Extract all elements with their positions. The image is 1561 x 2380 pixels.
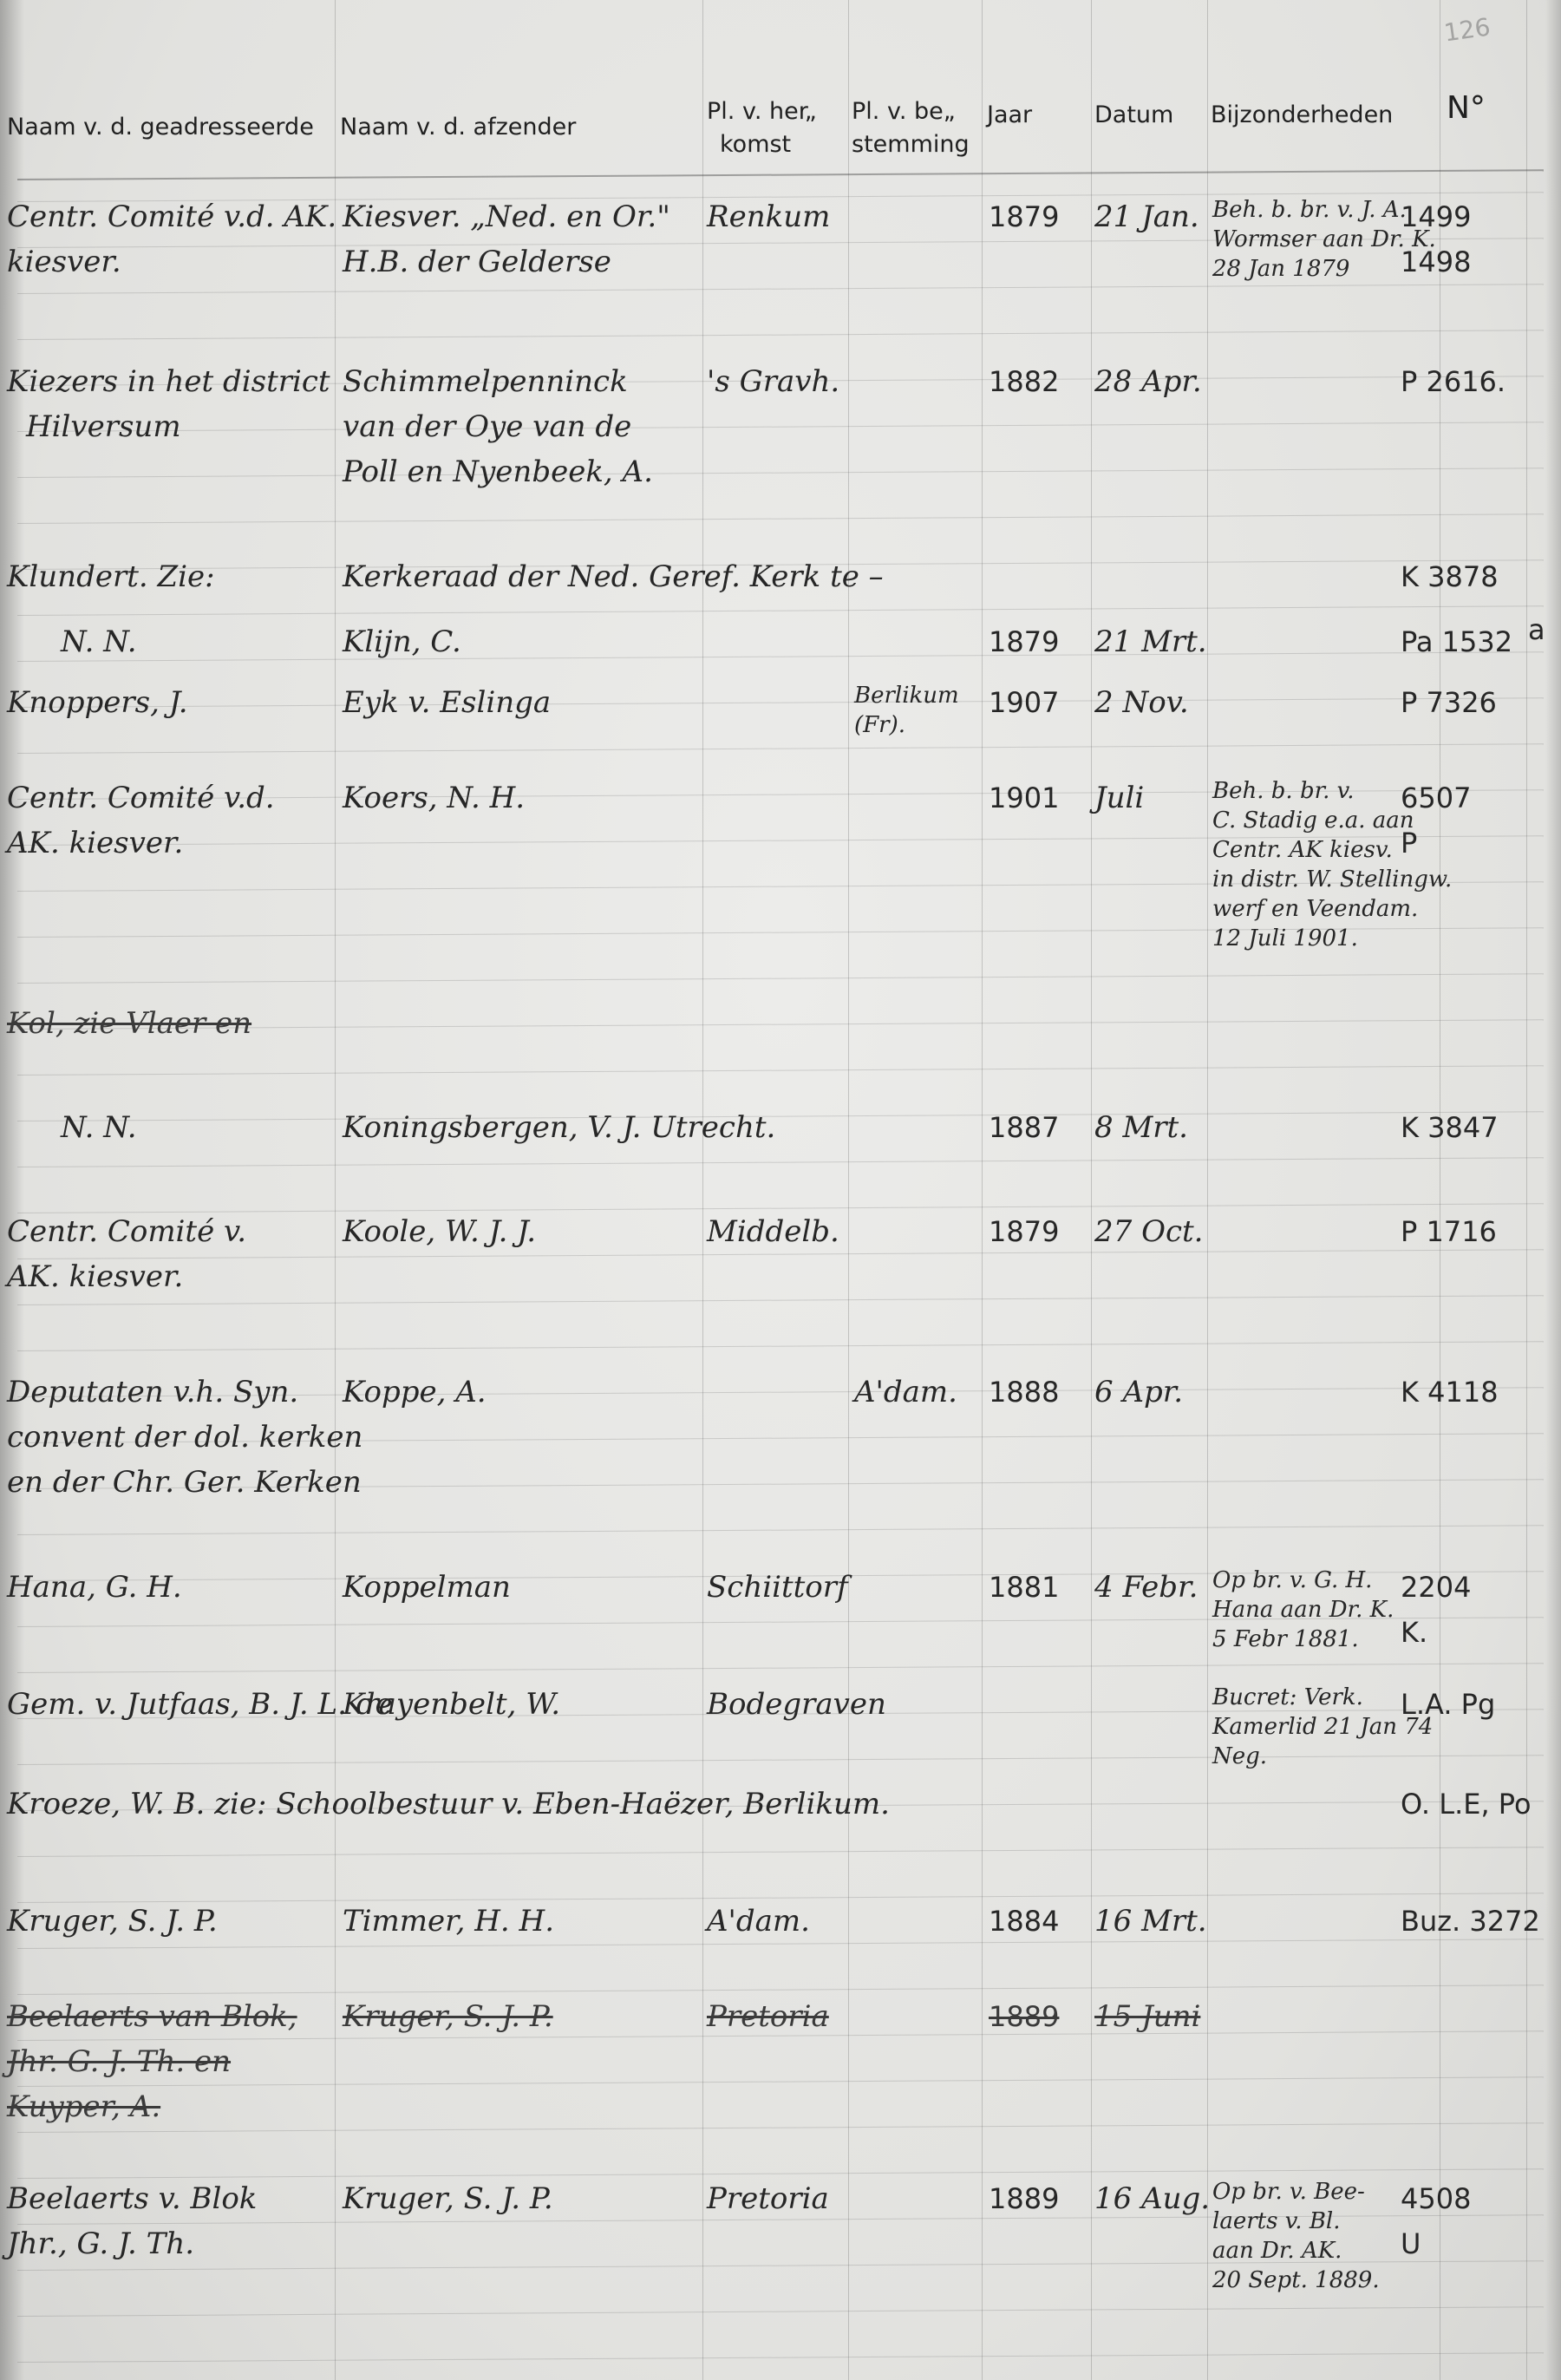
column-rule xyxy=(1207,0,1208,2380)
cell-herkomst: Schiittorf xyxy=(707,1566,848,1609)
cell-geadresseerde: Klundert. Zie: xyxy=(7,555,215,598)
cell-bijzonderheden: Hana aan Dr. K. xyxy=(1212,1595,1394,1625)
cell-geadresseerde: Jhr. G. J. Th. en xyxy=(7,2040,231,2083)
ruled-line xyxy=(17,513,1544,524)
cell-geadresseerde: Kol, zie Vlaer en xyxy=(7,1002,251,1045)
cell-herkomst: Renkum xyxy=(707,195,830,239)
header-datum: Datum xyxy=(1094,101,1173,130)
cell-afzender: Koers, N. H. xyxy=(343,776,525,820)
cell-bijzonderheden: werf en Veendam. xyxy=(1212,894,1418,924)
cell-bijzonderheden: Neg. xyxy=(1212,1742,1267,1771)
cell-herkomst: 's Gravh. xyxy=(707,360,839,403)
cell-bestemming: (Fr). xyxy=(854,710,905,740)
ruled-line xyxy=(17,467,1544,478)
page-number: 126 xyxy=(1442,12,1492,47)
column-rule xyxy=(1091,0,1092,2380)
ruled-line xyxy=(17,1525,1544,1535)
cell-afzender: Kiesver. „Ned. en Or." xyxy=(343,195,670,239)
cell-geadresseerde: AK. kiesver. xyxy=(7,821,183,865)
cell-bijzonderheden: laerts v. Bl. xyxy=(1212,2207,1341,2236)
cell-jaar: 1879 xyxy=(989,1210,1059,1253)
cell-no: a xyxy=(1528,608,1545,651)
cell-jaar: 1901 xyxy=(989,776,1059,820)
cell-geadresseerde: Gem. v. Jutfaas, B. J. L. de xyxy=(7,1683,393,1726)
cell-geadresseerde: convent der dol. kerken xyxy=(7,1416,362,1459)
cell-no: 2204 xyxy=(1401,1566,1471,1609)
cell-afzender: Schimmelpenninck xyxy=(343,360,628,403)
cell-afzender: Koningsbergen, V. J. Utrecht. xyxy=(343,1106,775,1149)
cell-datum: 4 Febr. xyxy=(1094,1566,1198,1609)
cell-no: U xyxy=(1401,2222,1421,2266)
ruled-line xyxy=(17,2122,1544,2133)
cell-geadresseerde: Hilversum xyxy=(26,405,181,448)
header-bestemming-2: stemming xyxy=(852,130,970,160)
cell-geadresseerde: Kruger, S. J. P. xyxy=(7,1899,218,1943)
cell-no: P 2616. xyxy=(1401,360,1505,403)
cell-afzender: H.B. der Gelderse xyxy=(343,240,611,284)
header-afzender: Naam v. d. afzender xyxy=(340,113,576,142)
header-no: N° xyxy=(1447,94,1486,123)
cell-bestemming: A'dam. xyxy=(854,1370,957,1414)
cell-no: 1498 xyxy=(1401,240,1471,284)
ruled-line xyxy=(17,1157,1544,1167)
ruled-line xyxy=(17,1984,1544,1995)
cell-geadresseerde: Hana, G. H. xyxy=(7,1566,182,1609)
cell-bijzonderheden: 5 Febr 1881. xyxy=(1212,1625,1359,1654)
ruled-line xyxy=(17,651,1544,662)
cell-bijzonderheden: Op br. v. G. H. xyxy=(1212,1566,1372,1595)
cell-geadresseerde: Kiezers in het district xyxy=(7,360,330,403)
cell-datum: 15 Juni xyxy=(1094,1995,1200,2038)
cell-afzender: van der Oye van de xyxy=(343,405,631,448)
cell-datum: 8 Mrt. xyxy=(1094,1106,1188,1149)
ruled-line xyxy=(17,2076,1544,2087)
cell-afzender: Eyk v. Eslinga xyxy=(343,681,551,724)
cell-afzender: Kerkeraad der Ned. Geref. Kerk te – xyxy=(343,555,884,598)
cell-geadresseerde: Beelaerts van Blok, xyxy=(7,1995,297,2038)
ruled-line xyxy=(17,330,1544,340)
cell-jaar: 1882 xyxy=(989,360,1059,403)
cell-no: K 3878 xyxy=(1401,555,1499,598)
column-rule xyxy=(848,0,849,2380)
cell-geadresseerde: Beelaerts v. Blok xyxy=(7,2177,257,2220)
cell-bijzonderheden: Centr. AK kiesv. xyxy=(1212,835,1393,865)
cell-jaar: 1889 xyxy=(989,2177,1059,2220)
cell-no: O. L.E, Po xyxy=(1401,1782,1532,1826)
ruled-line xyxy=(17,697,1544,708)
cell-datum: 21 Jan. xyxy=(1094,195,1199,239)
cell-geadresseerde: Centr. Comité v.d. xyxy=(7,776,275,820)
cell-herkomst: Bodegraven xyxy=(707,1683,886,1726)
header-herkomst: Pl. v. her„ xyxy=(707,97,817,127)
cell-datum: 6 Apr. xyxy=(1094,1370,1183,1414)
cell-afzender: Klijn, C. xyxy=(343,620,461,664)
ruled-line xyxy=(17,1065,1544,1076)
cell-jaar: 1889 xyxy=(989,1995,1059,2038)
cell-geadresseerde: N. N. xyxy=(61,620,137,664)
cell-no: K 3847 xyxy=(1401,1106,1499,1149)
ruled-line xyxy=(17,1755,1544,1765)
cell-afzender: Poll en Nyenbeek, A. xyxy=(343,450,653,494)
cell-no: K 4118 xyxy=(1401,1370,1499,1414)
ruled-line xyxy=(17,1111,1544,1121)
column-rule xyxy=(702,0,703,2380)
ruled-line xyxy=(17,973,1544,984)
cell-bijzonderheden: C. Stadig e.a. aan xyxy=(1212,806,1414,835)
cell-geadresseerde: Knoppers, J. xyxy=(7,681,188,724)
cell-bijzonderheden: 28 Jan 1879 xyxy=(1212,254,1349,284)
cell-no: 1499 xyxy=(1401,195,1471,239)
cell-geadresseerde: Centr. Comité v. xyxy=(7,1210,246,1253)
cell-jaar: 1884 xyxy=(989,1899,1059,1943)
cell-datum: 28 Apr. xyxy=(1094,360,1202,403)
ruled-line xyxy=(17,2306,1544,2317)
cell-no: K. xyxy=(1401,1611,1427,1654)
cell-no: 6507 xyxy=(1401,776,1471,820)
ledger-page: 126 Naam v. d. geadresseerde Naam v. d. … xyxy=(0,0,1561,2380)
cell-herkomst: A'dam. xyxy=(707,1899,810,1943)
header-bestemming: Pl. v. be„ xyxy=(852,97,956,127)
header-bijzonderheden: Bijzonderheden xyxy=(1211,101,1393,130)
cell-datum: 2 Nov. xyxy=(1094,681,1189,724)
cell-afzender: Kruger, S. J. P. xyxy=(343,2177,553,2220)
cell-geadresseerde: Jhr., G. J. Th. xyxy=(7,2222,194,2266)
cell-datum: 27 Oct. xyxy=(1094,1210,1203,1253)
cell-no: L.A. Pg xyxy=(1401,1683,1495,1726)
cell-geadresseerde: en der Chr. Ger. Kerken xyxy=(7,1461,362,1504)
column-header-row: Naam v. d. geadresseerde Naam v. d. afze… xyxy=(0,94,1561,172)
column-rule xyxy=(1440,0,1440,2380)
cell-bijzonderheden: aan Dr. AK. xyxy=(1212,2236,1342,2266)
cell-datum: 21 Mrt. xyxy=(1094,620,1207,664)
ruled-line xyxy=(17,2352,1544,2363)
cell-jaar: 1888 xyxy=(989,1370,1059,1414)
cell-datum: 16 Aug. xyxy=(1094,2177,1210,2220)
ruled-line xyxy=(17,422,1544,432)
ruled-line xyxy=(17,1663,1544,1673)
cell-bijzonderheden: in distr. W. Stellingw. xyxy=(1212,865,1452,894)
cell-geadresseerde: N. N. xyxy=(61,1106,137,1149)
cell-geadresseerde: Deputaten v.h. Syn. xyxy=(7,1370,298,1414)
cell-herkomst: Middelb. xyxy=(707,1210,839,1253)
column-rule xyxy=(335,0,336,2380)
ruled-line xyxy=(17,605,1544,616)
cell-jaar: 1879 xyxy=(989,620,1059,664)
cell-geadresseerde: AK. kiesver. xyxy=(7,1255,183,1298)
cell-jaar: 1879 xyxy=(989,195,1059,239)
header-geadresseerde: Naam v. d. geadresseerde xyxy=(7,113,314,142)
cell-bijzonderheden: Beh. b. br. v. J. A. xyxy=(1212,195,1407,225)
cell-bijzonderheden: Bucret: Verk. xyxy=(1212,1683,1363,1712)
cell-no: P 1716 xyxy=(1401,1210,1497,1253)
cell-no: Pa 1532 xyxy=(1401,620,1512,664)
cell-datum: 16 Mrt. xyxy=(1094,1899,1207,1943)
cell-herkomst: Pretoria xyxy=(707,2177,829,2220)
ruled-line xyxy=(17,743,1544,754)
cell-afzender: Timmer, H. H. xyxy=(343,1899,554,1943)
header-jaar: Jaar xyxy=(987,101,1032,130)
cell-no: 4508 xyxy=(1401,2177,1471,2220)
cell-afzender: Koppelman xyxy=(343,1566,511,1609)
cell-afzender: Krayenbelt, W. xyxy=(343,1683,560,1726)
cell-herkomst: Pretoria xyxy=(707,1995,829,2038)
cell-geadresseerde: Kuyper, A. xyxy=(7,2085,160,2128)
cell-bijzonderheden: 12 Juli 1901. xyxy=(1212,924,1358,953)
ruled-line xyxy=(17,1341,1544,1351)
cell-datum: Juli xyxy=(1094,776,1144,820)
cell-bijzonderheden: Op br. v. Bee- xyxy=(1212,2177,1365,2207)
ruled-line xyxy=(17,284,1544,294)
ruled-line xyxy=(17,1295,1544,1305)
cell-jaar: 1887 xyxy=(989,1106,1059,1149)
cell-bijzonderheden: 20 Sept. 1889. xyxy=(1212,2266,1380,2295)
cell-bijzonderheden: Beh. b. br. v. xyxy=(1212,776,1355,806)
cell-no: Buz. 3272 xyxy=(1401,1899,1540,1943)
cell-bestemming: Berlikum xyxy=(854,681,959,710)
header-herkomst-2: komst xyxy=(720,130,791,160)
cell-no: P 7326 xyxy=(1401,681,1497,724)
column-rule xyxy=(982,0,983,2380)
cell-jaar: 1907 xyxy=(989,681,1059,724)
cell-afzender: Koppe, A. xyxy=(343,1370,487,1414)
cell-jaar: 1881 xyxy=(989,1566,1059,1609)
cell-geadresseerde: Centr. Comité v.d. AK. xyxy=(7,195,336,239)
cell-geadresseerde: kiesver. xyxy=(7,240,121,284)
cell-no: P xyxy=(1401,821,1417,865)
ruled-line xyxy=(17,1847,1544,1857)
cell-afzender: Kruger, S. J. P. xyxy=(343,1995,553,2038)
cell-afzender: Koole, W. J. J. xyxy=(343,1210,536,1253)
cell-geadresseerde: Kroeze, W. B. zie: Schoolbestuur v. Eben… xyxy=(7,1782,890,1826)
column-rule xyxy=(1526,0,1527,2380)
page-edge-shadow xyxy=(1545,0,1561,2380)
